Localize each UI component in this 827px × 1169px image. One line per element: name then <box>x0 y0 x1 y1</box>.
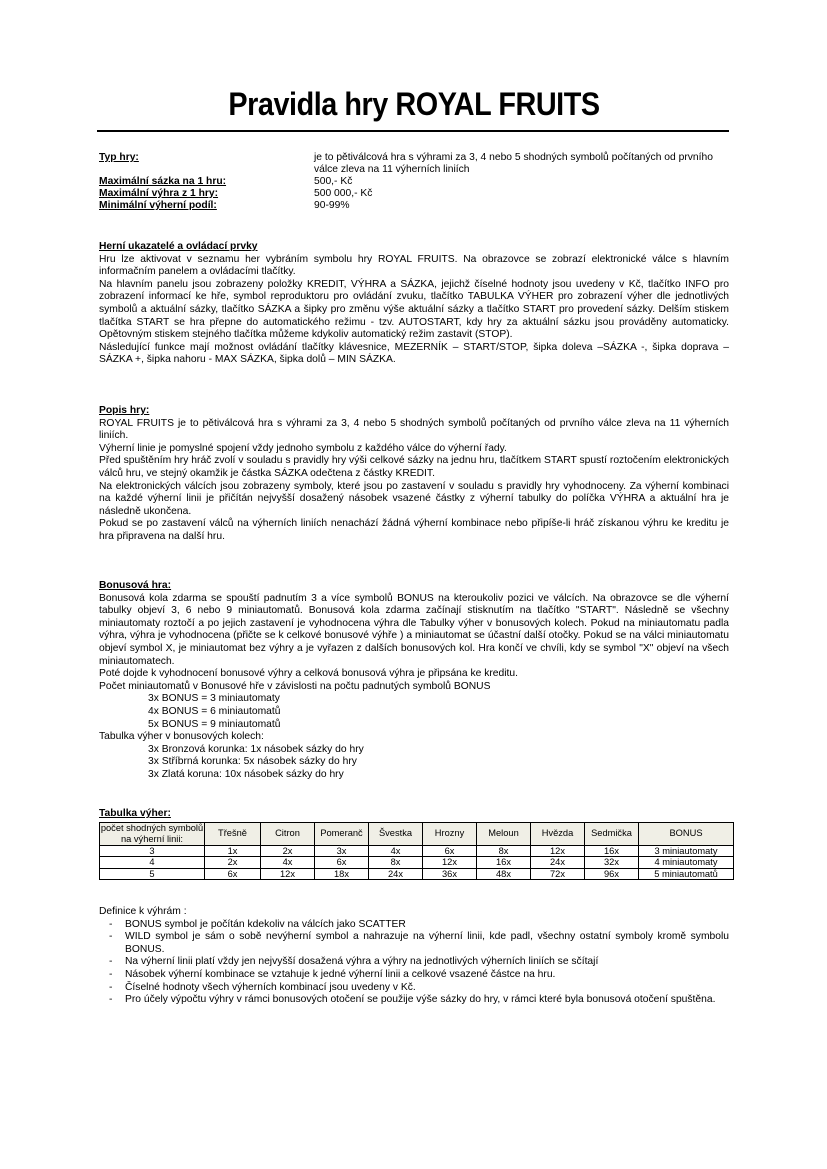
definition-text: Násobek výherní kombinace se vztahuje k … <box>125 969 555 980</box>
table-cell: 24x <box>531 857 585 869</box>
info-label: Minimální výherní podíl: <box>99 200 314 212</box>
info-row-max-win: Maximální výhra z 1 hry: 500 000,- Kč <box>99 188 729 200</box>
table-cell: 72x <box>531 868 585 880</box>
description-section: Popis hry: ROYAL FRUITS je to pětiválcov… <box>99 405 729 544</box>
table-cell: 48x <box>477 868 531 880</box>
table-cell: 24x <box>369 868 423 880</box>
bonus-table-item: 3x Stříbrná korunka: 5x násobek sázky do… <box>99 756 729 769</box>
table-row: 56x12x18x24x36x48x72x96x5 miniautomatů <box>100 868 734 880</box>
table-row: 31x2x3x4x6x8x12x16x3 miniautomaty <box>100 845 734 857</box>
paragraph: Na elektronických válcích jsou zobrazeny… <box>99 481 729 519</box>
bullet-dash: - <box>109 956 112 969</box>
header-cell: Třešně <box>205 822 261 845</box>
paytable-section: Tabulka výher: počet shodných symbolů na… <box>99 808 729 880</box>
info-label: Typ hry: <box>99 152 314 176</box>
bonus-count-item: 3x BONUS = 3 miniautomaty <box>99 693 729 706</box>
info-value: je to pětiválcová hra s výhrami za 3, 4 … <box>314 152 729 176</box>
paragraph: Před spuštěním hry hráč zvolí v souladu … <box>99 455 729 480</box>
table-cell: 8x <box>369 857 423 869</box>
paytable-header-row: počet shodných symbolů na výherní linii:… <box>100 822 734 845</box>
bullet-dash: - <box>109 982 112 995</box>
bonus-section: Bonusová hra: Bonusová kola zdarma se sp… <box>99 580 729 782</box>
table-cell: 32x <box>585 857 639 869</box>
table-cell: 16x <box>477 857 531 869</box>
definition-text: WILD symbol je sám o sobě nevýherní symb… <box>125 931 729 955</box>
definitions-list: -BONUS symbol je počítán kdekoliv na vál… <box>99 919 729 1007</box>
header-cell: Pomeranč <box>315 822 369 845</box>
section-heading: Tabulka výher: <box>99 808 729 821</box>
header-cell: Meloun <box>477 822 531 845</box>
bonus-count-item: 5x BONUS = 9 miniautomatů <box>99 719 729 732</box>
header-cell: Sedmička <box>585 822 639 845</box>
definition-text: Číselné hodnoty všech výherních kombinac… <box>125 982 416 993</box>
definition-item: -Násobek výherní kombinace se vztahuje k… <box>99 969 729 982</box>
definition-item: -Pro účely výpočtu výhry v rámci bonusov… <box>99 994 729 1007</box>
table-cell: 3 <box>100 845 205 857</box>
header-cell: Hrozny <box>423 822 477 845</box>
bonus-table-item: 3x Bronzová korunka: 1x násobek sázky do… <box>99 744 729 757</box>
bonus-count-item: 4x BONUS = 6 miniautomatů <box>99 706 729 719</box>
bonus-count-intro: Počet miniautomatů v Bonusové hře v závi… <box>99 681 729 694</box>
table-cell: 6x <box>315 857 369 869</box>
table-cell: 5 <box>100 868 205 880</box>
table-cell: 18x <box>315 868 369 880</box>
header-cell: Hvězda <box>531 822 585 845</box>
paragraph: Výherní linie je pomyslné spojení vždy j… <box>99 443 729 456</box>
table-cell: 12x <box>531 845 585 857</box>
controls-section: Herní ukazatelé a ovládací prvky Hru lze… <box>99 241 729 367</box>
header-cell: počet shodných symbolů na výherní linii: <box>100 822 205 845</box>
info-row-min-rtp: Minimální výherní podíl: 90-99% <box>99 200 729 212</box>
table-cell: 96x <box>585 868 639 880</box>
definition-item: -Číselné hodnoty všech výherních kombina… <box>99 982 729 995</box>
info-value: 90-99% <box>314 200 729 212</box>
table-row: 42x4x6x8x12x16x24x32x4 miniautomaty <box>100 857 734 869</box>
paragraph: Hru lze aktivovat v seznamu her vybráním… <box>99 254 729 279</box>
info-row-max-bet: Maximální sázka na 1 hru: 500,- Kč <box>99 176 729 188</box>
info-value: 500,- Kč <box>314 176 729 188</box>
bonus-table-intro: Tabulka výher v bonusových kolech: <box>99 731 729 744</box>
definitions-intro: Definice k výhrám : <box>99 906 729 919</box>
table-cell: 2x <box>261 845 315 857</box>
table-cell: 6x <box>423 845 477 857</box>
definition-text: BONUS symbol je počítán kdekoliv na válc… <box>125 919 406 930</box>
definition-text: Pro účely výpočtu výhry v rámci bonusový… <box>125 994 715 1005</box>
table-cell: 3 miniautomaty <box>639 845 734 857</box>
bullet-dash: - <box>109 919 112 932</box>
definitions-section: Definice k výhrám : -BONUS symbol je poč… <box>99 906 729 1007</box>
paragraph: Následující funkce mají možnost ovládání… <box>99 342 729 367</box>
page-title: Pravidla hry ROYAL FRUITS <box>131 86 698 123</box>
table-cell: 6x <box>205 868 261 880</box>
table-cell: 1x <box>205 845 261 857</box>
table-cell: 5 miniautomatů <box>639 868 734 880</box>
table-cell: 4 miniautomaty <box>639 857 734 869</box>
game-info: Typ hry: je to pětiválcová hra s výhrami… <box>99 152 729 212</box>
paragraph: Pokud se po zastavení válců na výherních… <box>99 518 729 543</box>
table-cell: 8x <box>477 845 531 857</box>
section-heading: Popis hry: <box>99 405 729 418</box>
paragraph: Bonusová kola zdarma se spouští padnutím… <box>99 593 729 669</box>
table-cell: 12x <box>423 857 477 869</box>
paragraph: ROYAL FRUITS je to pětiválcová hra s výh… <box>99 418 729 443</box>
paragraph: Na hlavním panelu jsou zobrazeny položky… <box>99 279 729 342</box>
bullet-dash: - <box>109 931 112 944</box>
definition-item: -Na výherní linii platí vždy jen nejvyšš… <box>99 956 729 969</box>
section-heading: Herní ukazatelé a ovládací prvky <box>99 241 729 254</box>
info-row-type: Typ hry: je to pětiválcová hra s výhrami… <box>99 152 729 176</box>
paytable: počet shodných symbolů na výherní linii:… <box>99 822 734 881</box>
table-cell: 4x <box>261 857 315 869</box>
table-cell: 2x <box>205 857 261 869</box>
table-cell: 12x <box>261 868 315 880</box>
info-value: 500 000,- Kč <box>314 188 729 200</box>
table-cell: 4x <box>369 845 423 857</box>
definition-item: -WILD symbol je sám o sobě nevýherní sym… <box>99 931 729 956</box>
bonus-table-item: 3x Zlatá koruna: 10x násobek sázky do hr… <box>99 769 729 782</box>
table-cell: 36x <box>423 868 477 880</box>
info-label: Maximální sázka na 1 hru: <box>99 176 314 188</box>
title-divider <box>97 130 729 132</box>
header-cell: Citron <box>261 822 315 845</box>
table-cell: 16x <box>585 845 639 857</box>
section-heading: Bonusová hra: <box>99 580 729 593</box>
paragraph: Poté dojde k vyhodnocení bonusové výhry … <box>99 668 729 681</box>
definition-item: -BONUS symbol je počítán kdekoliv na vál… <box>99 919 729 932</box>
table-cell: 4 <box>100 857 205 869</box>
bullet-dash: - <box>109 969 112 982</box>
table-cell: 3x <box>315 845 369 857</box>
info-label: Maximální výhra z 1 hry: <box>99 188 314 200</box>
header-cell: Švestka <box>369 822 423 845</box>
header-cell: BONUS <box>639 822 734 845</box>
definition-text: Na výherní linii platí vždy jen nejvyšší… <box>125 956 598 967</box>
bullet-dash: - <box>109 994 112 1007</box>
